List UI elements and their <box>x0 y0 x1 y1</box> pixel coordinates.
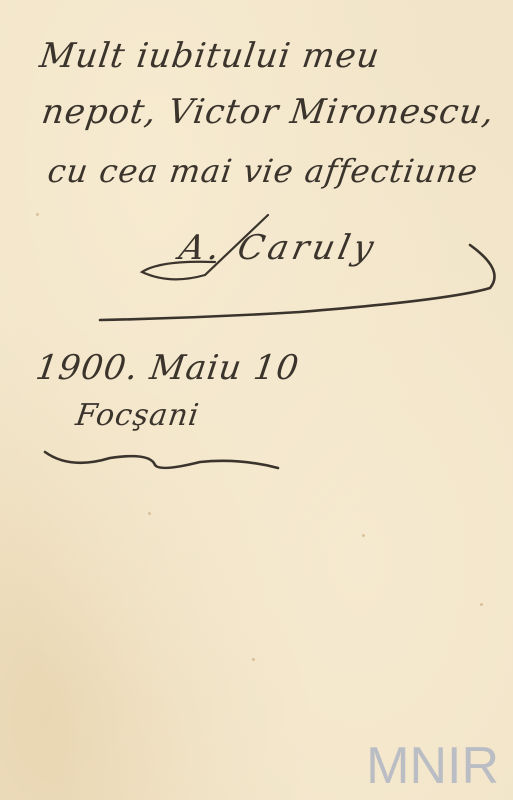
paper-spot <box>36 213 39 216</box>
paper-spot <box>362 534 365 537</box>
paper-spot <box>252 658 255 661</box>
document-card: Mult iubitului meu nepot, Victor Mirones… <box>0 0 513 800</box>
ink-flourishes <box>0 0 513 800</box>
paper-spot <box>480 603 483 606</box>
signature-flourish <box>142 215 268 279</box>
watermark-mnir: MNIR <box>366 736 499 796</box>
place-underline <box>45 452 278 468</box>
signature-tail <box>100 245 495 320</box>
paper-spot <box>148 512 151 515</box>
